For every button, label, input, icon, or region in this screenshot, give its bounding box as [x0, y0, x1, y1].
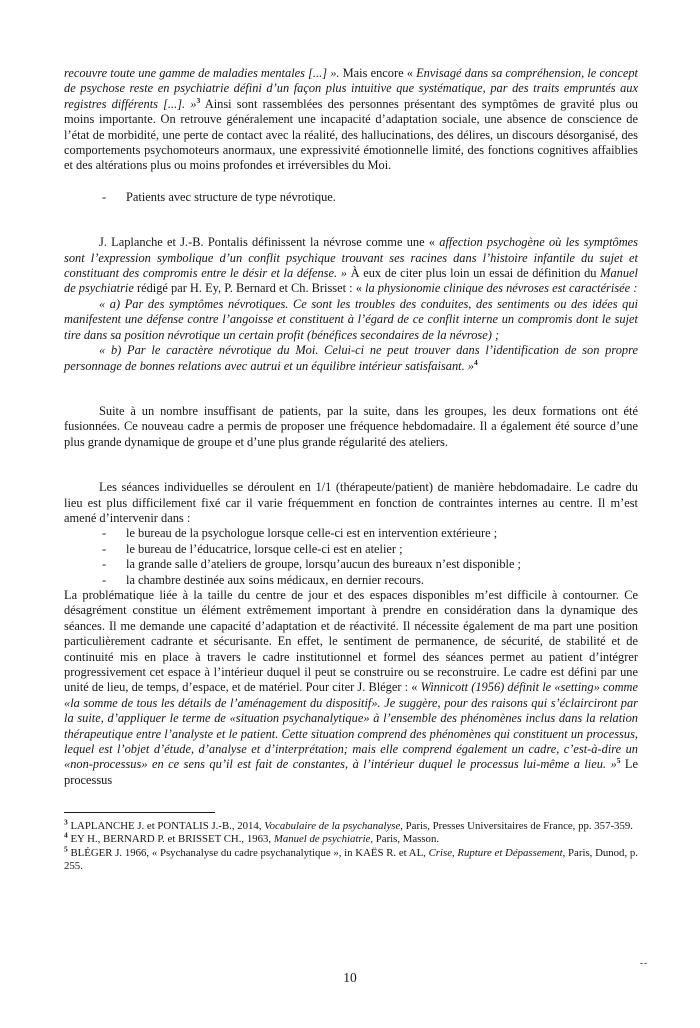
paragraph-fusion-groupes: Suite à un nombre insuffisant de patient…	[64, 404, 638, 450]
list-item-bureau-educatrice: - le bureau de l’éducatrice, lorsque cel…	[64, 542, 638, 557]
list-item-text: le bureau de la psychologue lorsque cell…	[126, 526, 497, 540]
paragraph-quote-b: « b) Par le caractère névrotique du Moi.…	[64, 343, 638, 374]
text-segment: recouvre toute une gamme de maladies men…	[64, 66, 340, 80]
paragraph-quote-a: « a) Par des symptômes névrotiques. Ce s…	[64, 297, 638, 343]
page-number: 10	[0, 970, 700, 986]
dash-bullet: -	[102, 190, 106, 205]
text-segment: Crise, Rupture et Dépassement	[429, 847, 563, 859]
dash-bullet: -	[102, 542, 106, 557]
list-item-text: le bureau de l’éducatrice, lorsque celle…	[126, 542, 403, 556]
footnote-4: 4 EY H., BERNARD P. et BRISSET CH., 1963…	[64, 833, 638, 846]
venue-list: - le bureau de la psychologue lorsque ce…	[64, 526, 638, 588]
text-segment: EY H., BERNARD P. et BRISSET CH., 1963,	[68, 833, 274, 845]
list-item-text: Patients avec structure de type névrotiq…	[126, 190, 336, 204]
paragraph-problematique-cadre: La problématique liée à la taille du cen…	[64, 588, 638, 788]
dash-bullet: -	[102, 557, 106, 572]
dash-bullet: -	[102, 573, 106, 588]
footnote-3: 3 LAPLANCHE J. et PONTALIS J.-B., 2014, …	[64, 820, 638, 833]
footnote-separator	[64, 812, 215, 813]
list-item-structure-nevrotique: - Patients avec structure de type névrot…	[64, 190, 638, 205]
list-item-text: la grande salle d’ateliers de groupe, lo…	[126, 557, 521, 571]
text-segment: la physionomie clinique des névroses est…	[365, 281, 637, 295]
list-item-salle-ateliers: - la grande salle d’ateliers de groupe, …	[64, 557, 638, 572]
text-segment: , Paris, Presses Universitaires de Franc…	[400, 820, 633, 832]
text-segment: « a) Par des symptômes névrotiques. Ce s…	[64, 297, 638, 342]
footnote-reference: 4	[474, 357, 478, 366]
text-segment: rédigé par H. Ey, P. Bernard et Ch. Bris…	[134, 281, 365, 295]
text-segment: À eux de citer plus loin un essai de déf…	[347, 266, 600, 280]
scan-artifact: --	[640, 958, 648, 968]
text-segment: Suite à un nombre insuffisant de patient…	[64, 404, 638, 449]
text-segment: , Paris, Masson.	[370, 833, 439, 845]
text-segment: Manuel de psychiatrie	[274, 833, 371, 845]
paragraph-laplanche-pontalis: J. Laplanche et J.-B. Pontalis définisse…	[64, 235, 638, 297]
text-segment: LAPLANCHE J. et PONTALIS J.-B., 2014,	[68, 820, 264, 832]
paragraph-seances-individuelles: Les séances individuelles se déroulent e…	[64, 480, 638, 526]
list-item-bureau-psychologue: - le bureau de la psychologue lorsque ce…	[64, 526, 638, 541]
list-item-chambre-soins: - la chambre destinée aux soins médicaux…	[64, 573, 638, 588]
paragraph-psychose-definition: recouvre toute une gamme de maladies men…	[64, 66, 638, 174]
list-item-text: la chambre destinée aux soins médicaux, …	[126, 573, 424, 587]
text-segment: Les séances individuelles se déroulent e…	[64, 480, 638, 525]
text-segment: Vocabulaire de la psychanalyse	[264, 820, 400, 832]
document-page: recouvre toute une gamme de maladies men…	[0, 0, 700, 1028]
text-segment: BLÉGER J. 1966, « Psychanalyse du cadre …	[68, 847, 429, 859]
text-segment: « b) Par le caractère névrotique du Moi.…	[64, 343, 638, 372]
dash-bullet: -	[102, 526, 106, 541]
text-segment: J. Laplanche et J.-B. Pontalis définisse…	[99, 235, 439, 249]
text-segment: Mais encore «	[340, 66, 417, 80]
footnote-5: 5 BLÉGER J. 1966, « Psychanalyse du cadr…	[64, 847, 638, 873]
text-segment: La problématique liée à la taille du cen…	[64, 588, 638, 694]
